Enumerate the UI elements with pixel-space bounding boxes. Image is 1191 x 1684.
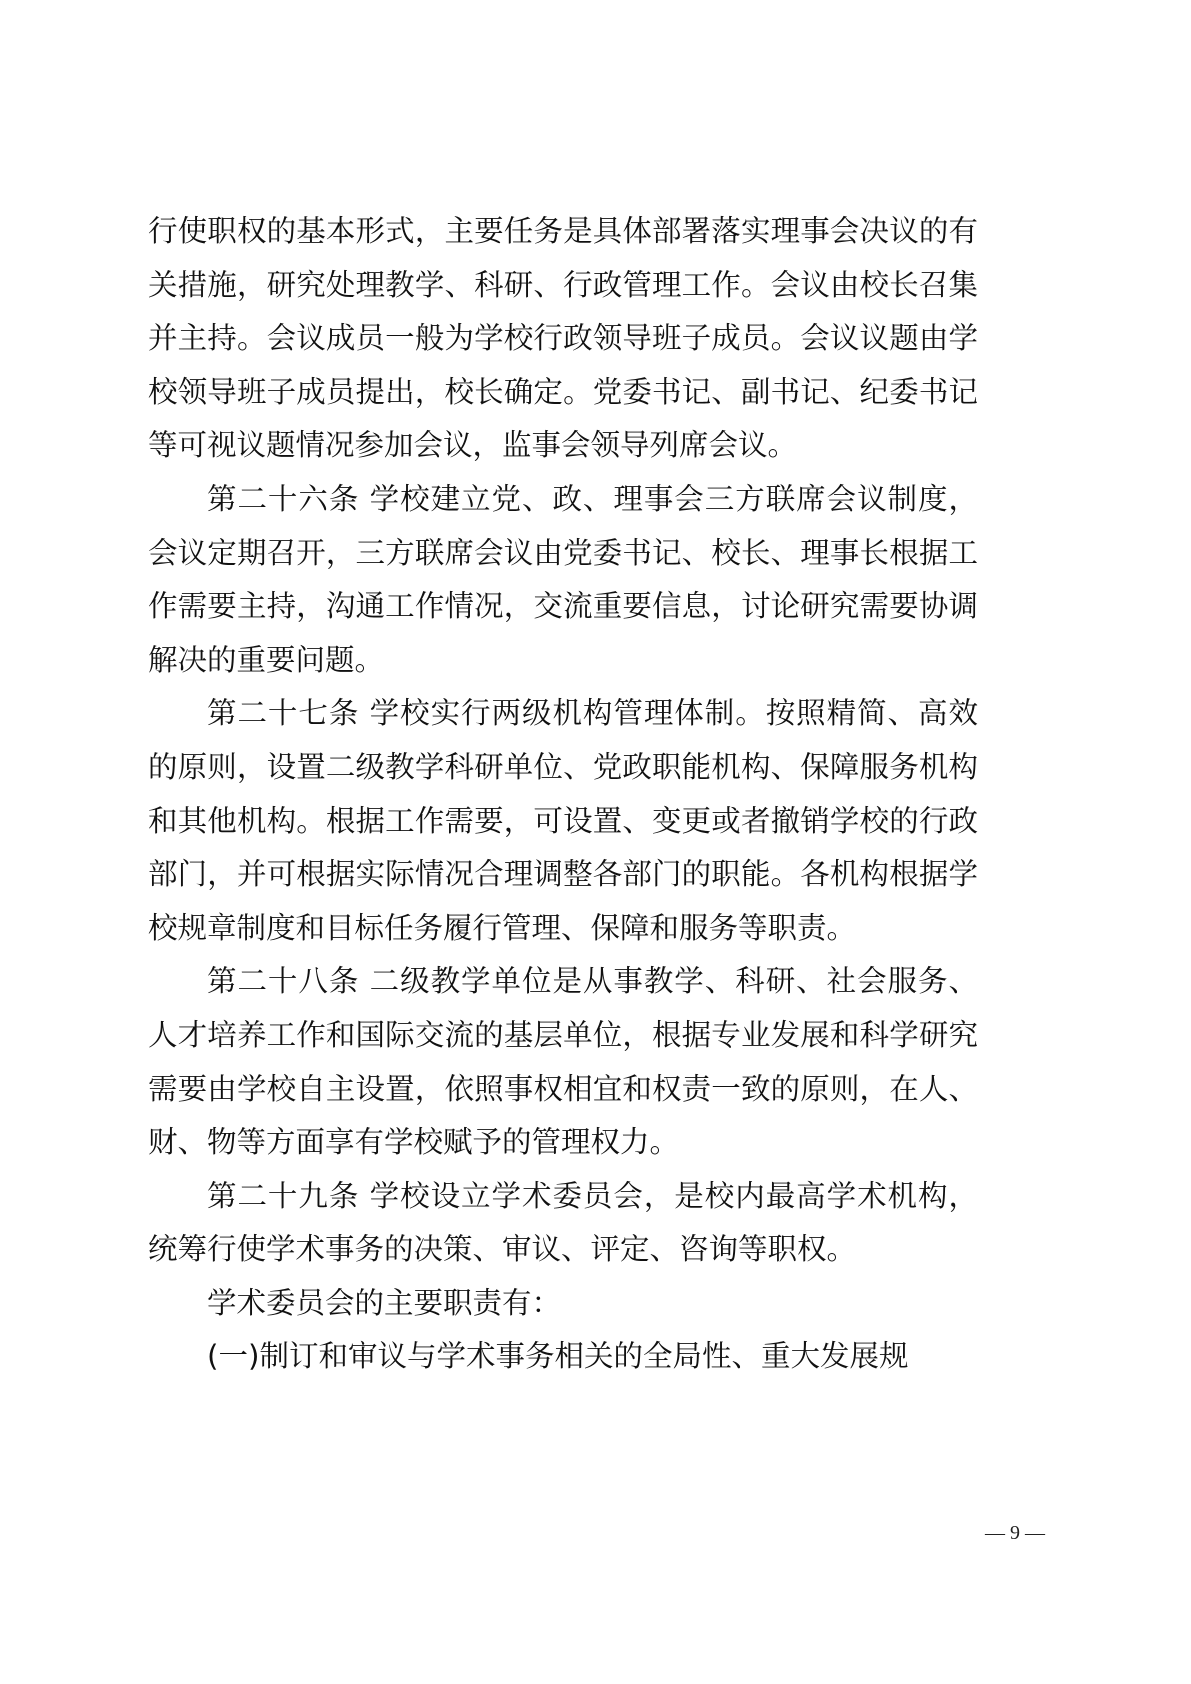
document-page: 行使职权的基本形式，主要任务是具体部署落实理事会决议的有关措施，研究处理教学、科…: [0, 0, 1191, 1684]
paragraph-article-28: 第二十八条 二级教学单位是从事教学、科研、社会服务、人才培养工作和国际交流的基层…: [148, 955, 978, 1169]
paragraph-committee-duties-heading: 学术委员会的主要职责有：: [148, 1277, 978, 1331]
paragraph-article-27: 第二十七条 学校实行两级机构管理体制。按照精简、高效的原则，设置二级教学科研单位…: [148, 687, 978, 955]
page-number: — 9 —: [975, 1522, 1055, 1545]
body-text: 行使职权的基本形式，主要任务是具体部署落实理事会决议的有关措施，研究处理教学、科…: [148, 205, 978, 1384]
paragraph-continuation: 行使职权的基本形式，主要任务是具体部署落实理事会决议的有关措施，研究处理教学、科…: [148, 205, 978, 473]
paragraph-article-26: 第二十六条 学校建立党、政、理事会三方联席会议制度，会议定期召开，三方联席会议由…: [148, 473, 978, 687]
paragraph-duty-1: (一)制订和审议与学术事务相关的全局性、重大发展规: [148, 1330, 978, 1384]
paragraph-article-29: 第二十九条 学校设立学术委员会，是校内最高学术机构，统筹行使学术事务的决策、审议…: [148, 1170, 978, 1277]
